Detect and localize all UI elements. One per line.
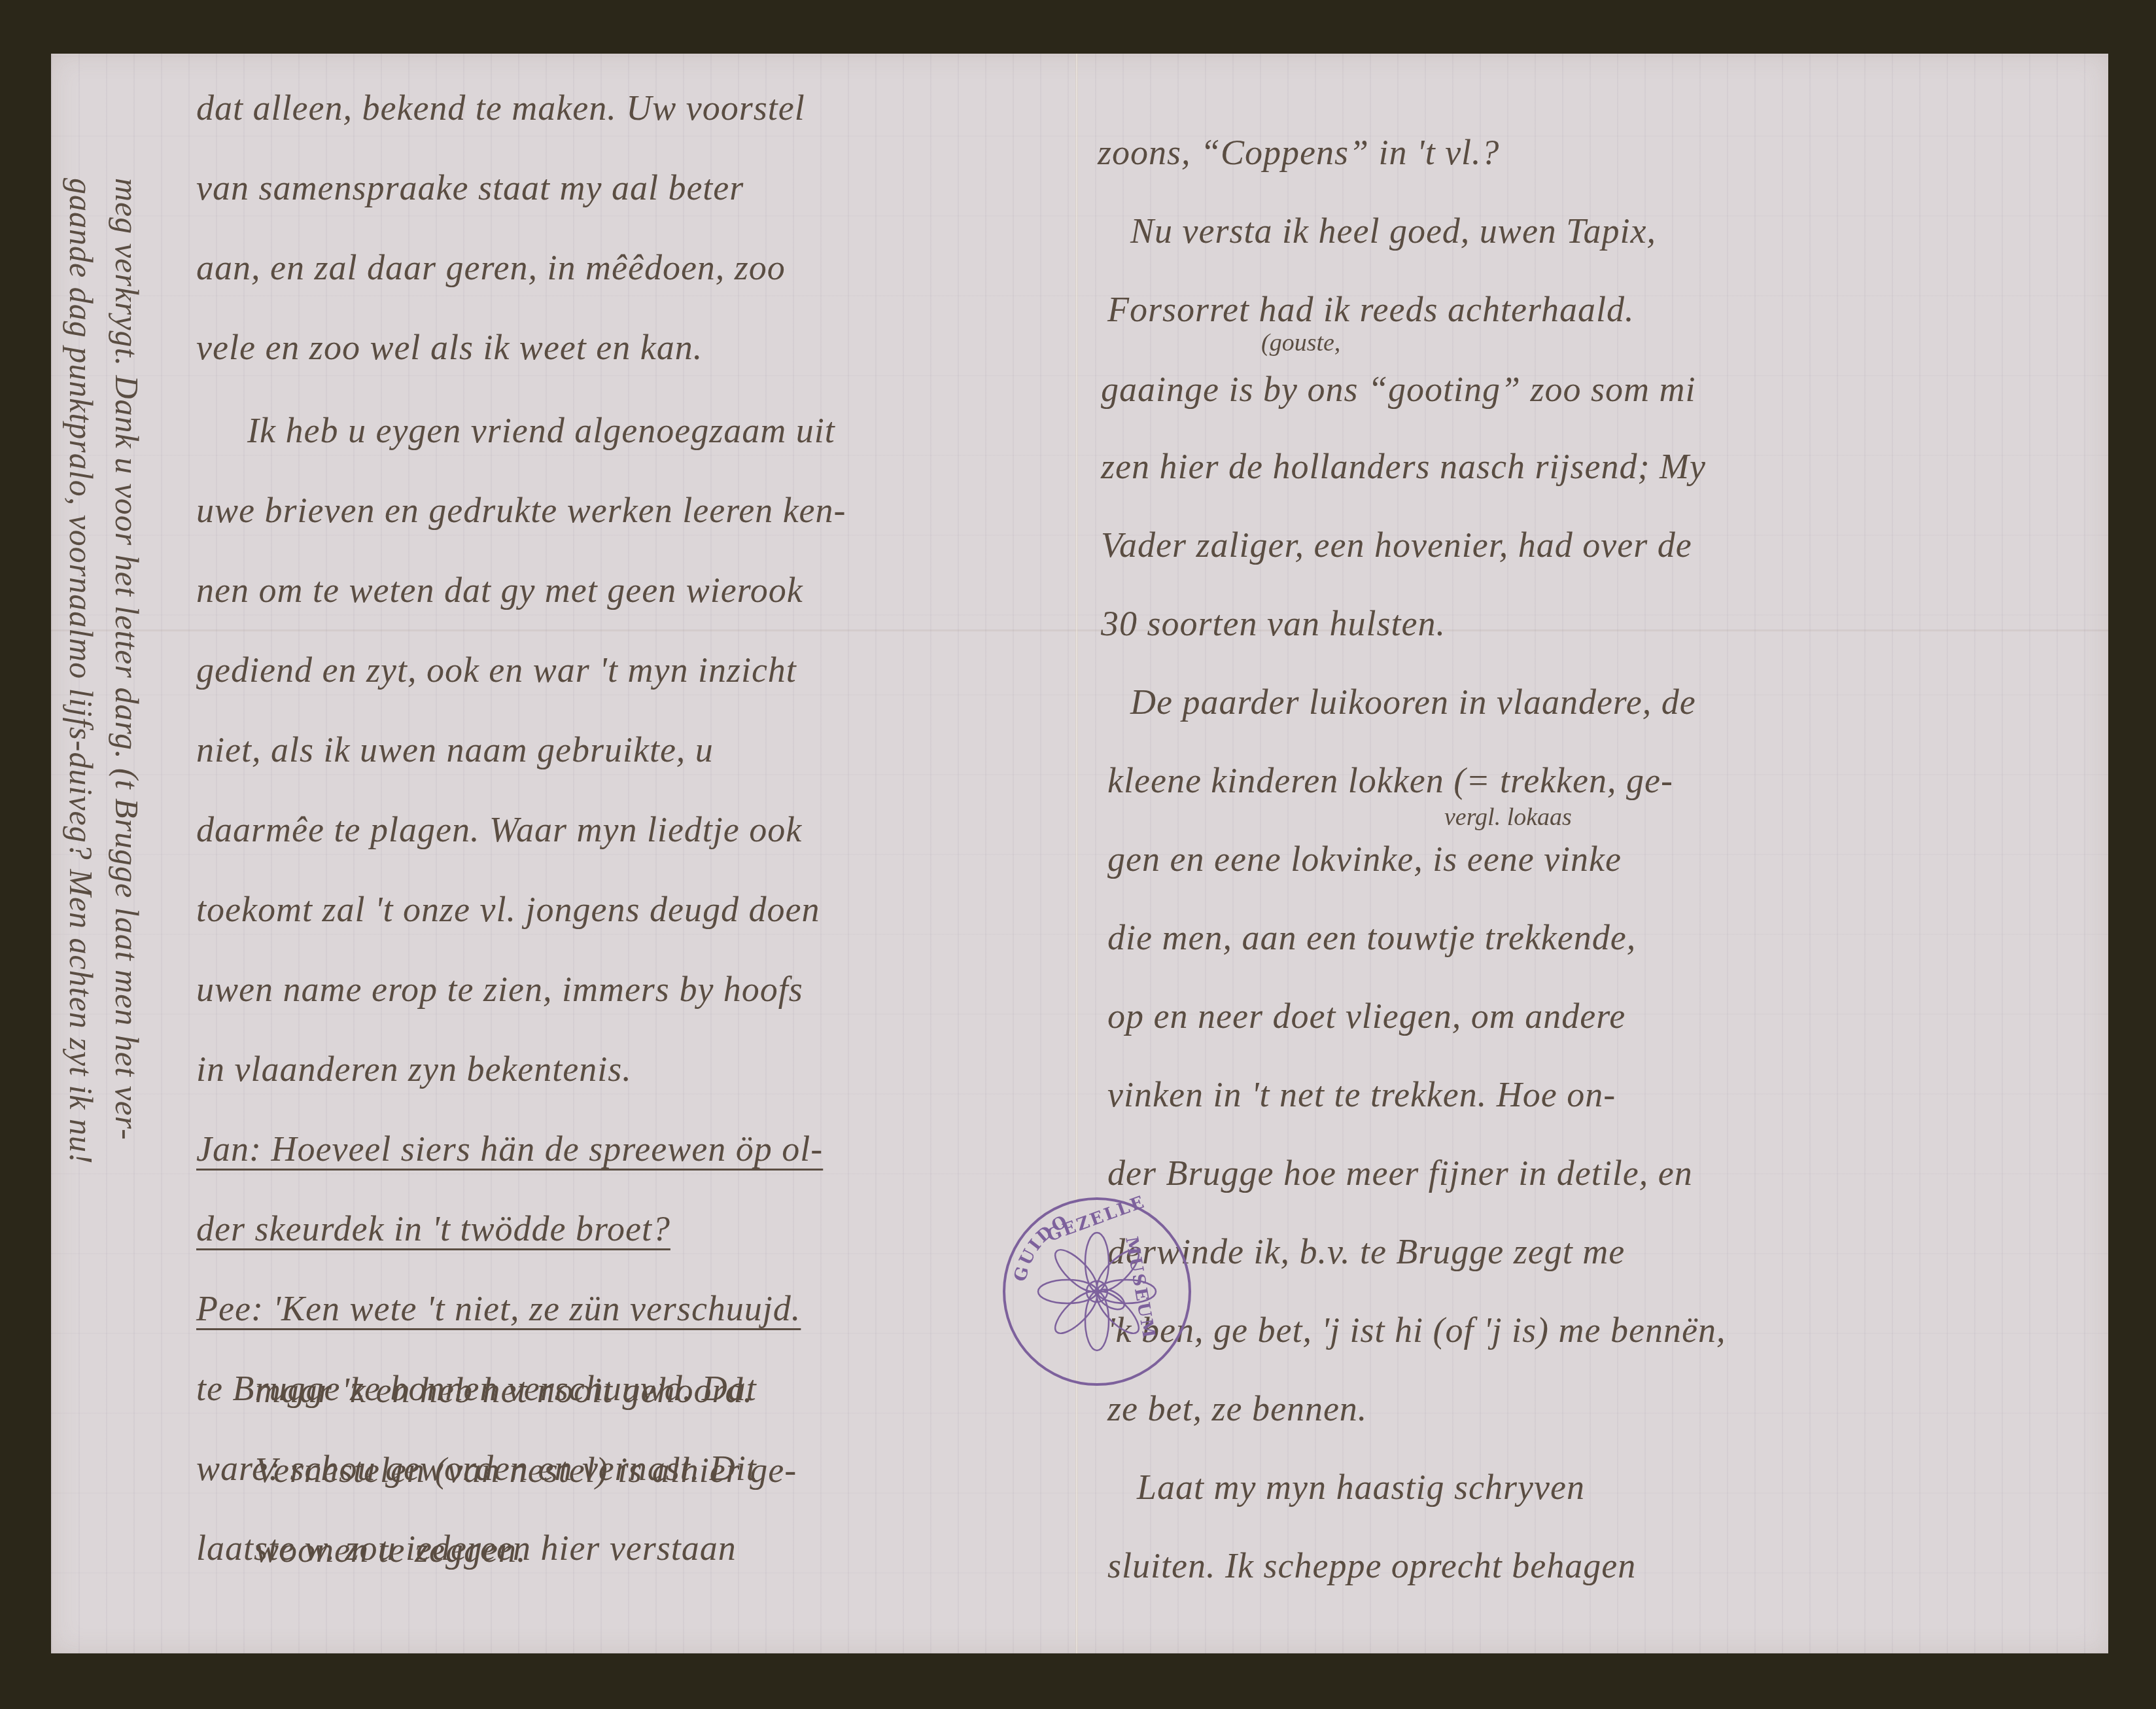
text-line: te Brugge ze bonnen verschuuwd. Dat [196,1368,757,1409]
text-line: ze bet, ze bennen. [1107,1388,1367,1429]
text-line: vele en zoo wel als ik weet en kan. [196,327,703,368]
text-line: Laat my myn haastig schryven [1137,1467,1585,1507]
dialogue-line-jan: der skeurdek in 't twödde broet? [196,1208,670,1249]
text-line: De paarder luikooren in vlaandere, de [1130,682,1696,722]
margin-note-line: gaande dag punktpralo, voornaalmo lijfs-… [62,178,100,1165]
text-line: nen om te weten dat gy met geen wierook [196,570,803,610]
text-line: zen hier de hollanders nasch rijsend; My [1101,446,1706,487]
text-line: sluiten. Ik scheppe oprecht behagen [1107,1545,1636,1586]
text-line: gaainge is by ons “gooting” zoo som mi [1101,369,1696,410]
text-line: die men, aan een touwtje trekkende, [1107,917,1636,958]
text-line: gen en eene lokvinke, is eene vinke [1107,839,1622,879]
text-line: aan, en zal daar geren, in mêêdoen, zoo [196,247,786,288]
left-page: meg verkrygt. Dank u voor het letter dar… [51,54,1075,1653]
underlined-text: Pee: 'Ken wete 't niet, ze zün verschuuj… [196,1289,801,1328]
text-line: op en neer doet vliegen, om andere [1107,996,1626,1036]
letter-sheet: meg verkrygt. Dank u voor het letter dar… [51,54,2108,1653]
text-line: uwen name erop te zien, immers by hoofs [196,969,803,1010]
text-line: 'k ben, ge bet, 'j ist hi (of 'j is) me … [1107,1310,1726,1350]
text-line: gediend en zyt, ook en war 't myn inzich… [196,650,797,690]
text-line: niet, als ik uwen naam gebruikte, u [196,730,714,770]
text-line: Nu versta ik heel goed, uwen Tapix, [1130,211,1656,251]
interlinear-note: (gouste, [1261,328,1340,357]
text-line: zoons, “Coppens” in 't vl.? [1098,132,1500,173]
right-page: zoons, “Coppens” in 't vl.? Nu versta ik… [1078,54,2108,1653]
text-line: daarmêe te plagen. Waar myn liedtje ook [196,809,802,850]
text-line: van samenspraake staat my aal beter [196,167,744,208]
text-line: vinken in 't net te trekken. Hoe on- [1107,1074,1616,1115]
underlined-text: der skeurdek in 't twödde broet? [196,1209,670,1248]
interlinear-note: vergl. lokaas [1444,803,1572,832]
dialogue-line-pee: Pee: 'Ken wete 't niet, ze zün verschuuj… [196,1288,801,1329]
museum-stamp: GUIDO GEZELLE MUSEUM [1003,1197,1191,1386]
underlined-text: Jan: Hoeveel siers hän de spreewen öp ol… [196,1129,823,1169]
text-line: 30 soorten van hulsten. [1101,603,1446,644]
dialogue-line-jan: Jan: Hoeveel siers hän de spreewen öp ol… [196,1129,823,1169]
text-line: ware: schou geworden en vernast. Dit [196,1448,757,1489]
text-line: Ik heb u eygen vriend algenoegzaam uit [247,410,835,451]
text-line: toekomt zal 't onze vl. jongens deugd do… [196,889,820,930]
text-line: Vader zaliger, een hovenier, had over de [1101,525,1692,565]
text-line: kleene kinderen lokken (= trekken, ge- [1107,760,1673,801]
text-line: in vlaanderen zyn bekentenis. [196,1049,632,1089]
margin-note-line: meg verkrygt. Dank u voor het letter dar… [108,178,146,1140]
text-line: Forsorret had ik reeds achterhaald. [1107,289,1634,330]
text-line: dat alleen, bekend te maken. Uw voorstel [196,88,805,128]
text-line: der Brugge hoe meer fijner in detile, en [1107,1153,1693,1193]
text-line: uwe brieven en gedrukte werken leeren ke… [196,490,846,531]
text-line: laatste w. zou iedereen hier verstaan [196,1528,737,1568]
